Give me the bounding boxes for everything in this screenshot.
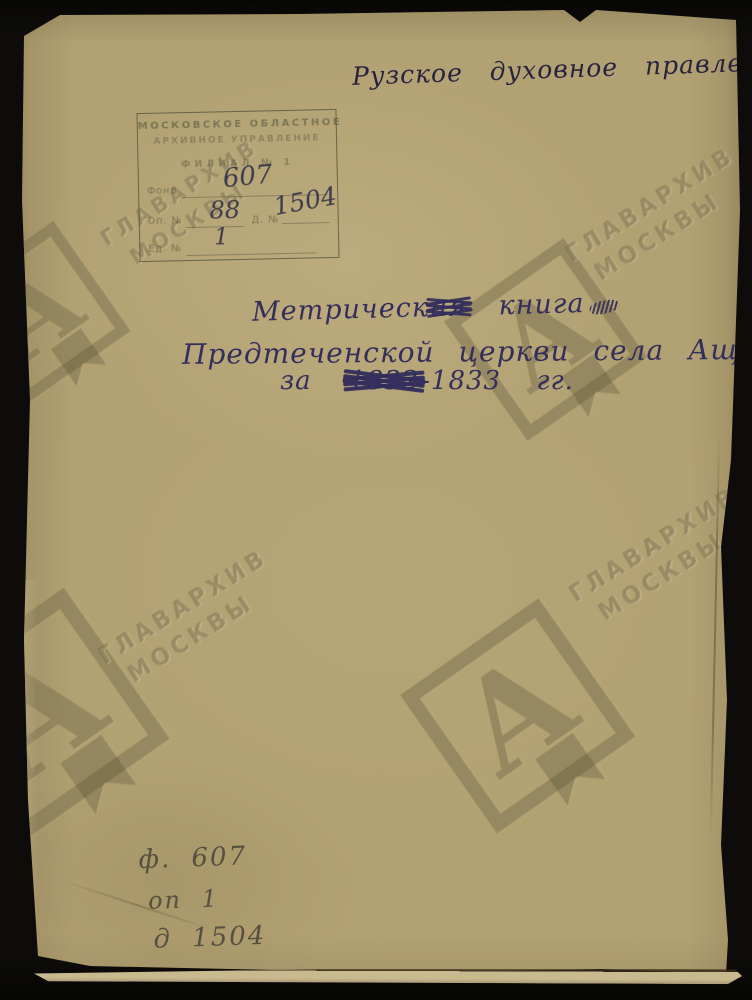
- archive-stamp: МОСКОВСКОЕ ОБЛАСТНОЕ АРХИВНОЕ УПРАВЛЕНИЕ…: [136, 109, 339, 262]
- logo-letter: А: [0, 239, 105, 387]
- torn-edge-highlight: [20, 580, 38, 980]
- stamp-fond-label: Фонд: [147, 185, 178, 197]
- struck-text: ая: [429, 291, 470, 323]
- pencil-delo: д 1504: [153, 921, 267, 955]
- glavarkhiv-logo-icon: А: [395, 593, 652, 855]
- title-part1: Метрическ: [252, 292, 430, 328]
- stamp-op-label: Оп. №: [148, 215, 183, 227]
- book-title-line3: за 1832-1833 гг.: [280, 366, 574, 396]
- watermark-text: ГЛАВАРХИВ МОСКВЫ: [560, 141, 752, 297]
- scribble-mark: [588, 298, 620, 316]
- stamp-d-value: 1504: [271, 181, 339, 221]
- stamp-ed-label: Ед. №: [148, 243, 182, 255]
- title-year-prefix: за: [280, 366, 312, 396]
- pencil-opis: оп 1: [148, 883, 266, 915]
- watermark-text: ГЛАВАРХИВ МОСКВЫ: [564, 481, 752, 637]
- stamp-ed-value: 1: [214, 224, 229, 250]
- pencil-fond: ф. 607: [138, 841, 264, 875]
- title-part2: книга: [498, 288, 585, 321]
- logo-letter: А: [429, 620, 604, 806]
- top-handwritten-note: Рузское духовное правления.: [352, 46, 752, 91]
- archival-scan-page: А ГЛАВАРХИВ МОСКВЫ А ГЛАВАРХИВ МОСКВЫ А: [0, 0, 752, 1000]
- stamp-header-line2: АРХИВНОЕ УПРАВЛЕНИЕ: [138, 133, 336, 147]
- stamp-header-line1: МОСКОВСКОЕ ОБЛАСТНОЕ: [138, 117, 336, 132]
- struck-year: 1832: [347, 366, 421, 396]
- document-cover-paper: А ГЛАВАРХИВ МОСКВЫ А ГЛАВАРХИВ МОСКВЫ А: [0, 0, 752, 1000]
- watermark-text: ГЛАВАРХИВ МОСКВЫ: [93, 543, 291, 699]
- pencil-archive-codes: ф. 607 оп 1 д 1504: [138, 841, 267, 955]
- title-year-range: -1833 гг.: [421, 366, 574, 396]
- stamp-op-value: 88: [209, 196, 240, 225]
- stamp-fond-value: 607: [222, 160, 274, 194]
- underlying-page-edge: [34, 967, 742, 984]
